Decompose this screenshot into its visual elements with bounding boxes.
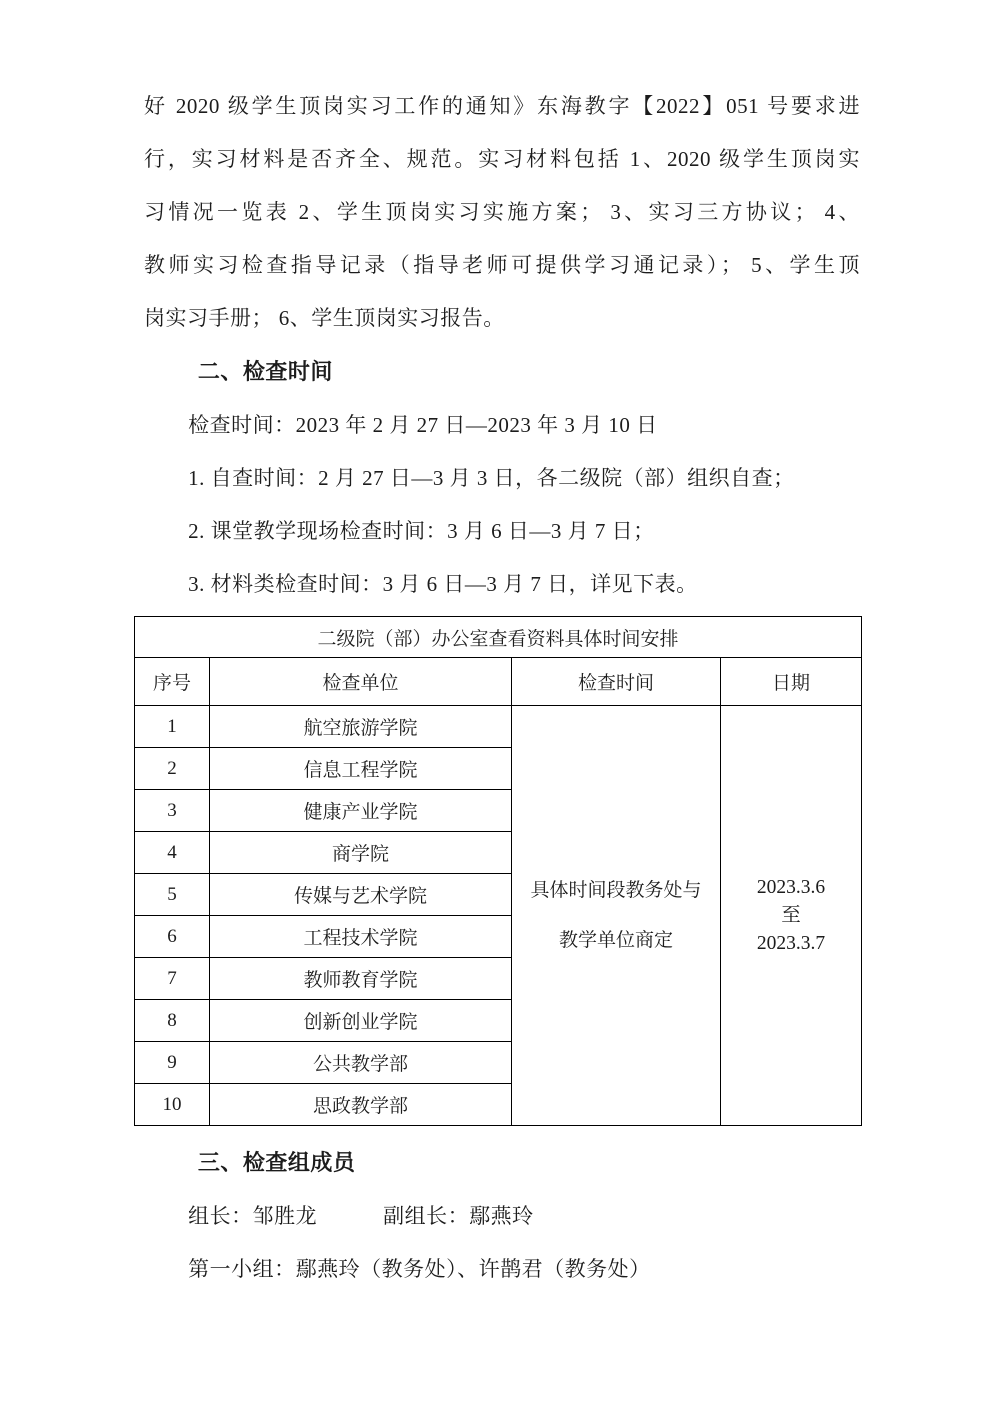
seq-cell: 9: [135, 1042, 210, 1084]
unit-cell: 信息工程学院: [210, 748, 512, 790]
unit-cell: 工程技术学院: [210, 916, 512, 958]
paragraph-line: 岗实习手册； 6、学生顶岗实习报告。: [144, 292, 860, 345]
body-paragraph-internship-materials: 好 2020 级学生顶岗实习工作的通知》东海教字【2022】051 号要求进 行…: [144, 80, 860, 345]
time-note-line: 具体时间段教务处与: [512, 866, 720, 916]
team-leaders-line: 组长：邹胜龙副组长：鄢燕玲: [144, 1190, 860, 1243]
schedule-table: 二级院（部）办公室查看资料具体时间安排 序号 检查单位 检查时间 日期 1 航空…: [134, 616, 862, 1126]
col-header-seq: 序号: [135, 658, 210, 706]
seq-cell: 10: [135, 1084, 210, 1126]
date-range-start: 2023.3.6: [721, 874, 861, 902]
time-note-line: 教学单位商定: [512, 916, 720, 966]
seq-cell: 7: [135, 958, 210, 1000]
seq-cell: 2: [135, 748, 210, 790]
unit-cell: 思政教学部: [210, 1084, 512, 1126]
seq-cell: 1: [135, 706, 210, 748]
section-heading-inspection-time: 二、检查时间: [144, 345, 860, 399]
paragraph-line: 习情况一览表 2、学生顶岗实习实施方案； 3、实习三方协议； 4、: [144, 186, 860, 239]
inspection-time-summary: 检查时间：2023 年 2 月 27 日—2023 年 3 月 10 日: [144, 399, 860, 452]
time-note-cell: 具体时间段教务处与 教学单位商定: [512, 706, 721, 1126]
team-leader: 组长：邹胜龙: [188, 1204, 317, 1228]
date-range-to: 至: [721, 902, 861, 930]
seq-cell: 6: [135, 916, 210, 958]
team-group1-line: 第一小组：鄢燕玲（教务处）、许鹊君（教务处）: [144, 1243, 860, 1296]
material-check-item: 3. 材料类检查时间：3 月 6 日—3 月 7 日，详见下表。: [144, 558, 860, 611]
unit-cell: 公共教学部: [210, 1042, 512, 1084]
col-header-time: 检查时间: [512, 658, 721, 706]
seq-cell: 3: [135, 790, 210, 832]
table-title-row: 二级院（部）办公室查看资料具体时间安排: [135, 617, 862, 658]
unit-cell: 商学院: [210, 832, 512, 874]
date-range-cell: 2023.3.6 至 2023.3.7: [721, 706, 862, 1126]
table-row: 1 航空旅游学院 具体时间段教务处与 教学单位商定 2023.3.6 至 202…: [135, 706, 862, 748]
date-range-end: 2023.3.7: [721, 930, 861, 958]
classroom-check-item: 2. 课堂教学现场检查时间：3 月 6 日—3 月 7 日；: [144, 505, 860, 558]
table-header-row: 序号 检查单位 检查时间 日期: [135, 658, 862, 706]
seq-cell: 4: [135, 832, 210, 874]
seq-cell: 8: [135, 1000, 210, 1042]
unit-cell: 航空旅游学院: [210, 706, 512, 748]
unit-cell: 传媒与艺术学院: [210, 874, 512, 916]
paragraph-line: 教师实习检查指导记录（指导老师可提供学习通记录）； 5、学生顶: [144, 239, 860, 292]
team-deputy-leader: 副组长：鄢燕玲: [383, 1204, 534, 1228]
document-page: 好 2020 级学生顶岗实习工作的通知》东海教字【2022】051 号要求进 行…: [0, 0, 992, 1403]
paragraph-line: 行，实习材料是否齐全、规范。实习材料包括 1、2020 级学生顶岗实: [144, 133, 860, 186]
col-header-unit: 检查单位: [210, 658, 512, 706]
self-check-time-item: 1. 自查时间：2 月 27 日—3 月 3 日，各二级院（部）组织自查；: [144, 452, 860, 505]
unit-cell: 创新创业学院: [210, 1000, 512, 1042]
unit-cell: 健康产业学院: [210, 790, 512, 832]
unit-cell: 教师教育学院: [210, 958, 512, 1000]
table-title: 二级院（部）办公室查看资料具体时间安排: [135, 617, 862, 658]
paragraph-line: 好 2020 级学生顶岗实习工作的通知》东海教字【2022】051 号要求进: [144, 80, 860, 133]
seq-cell: 5: [135, 874, 210, 916]
section-heading-inspection-team: 三、检查组成员: [144, 1136, 860, 1190]
col-header-date: 日期: [721, 658, 862, 706]
